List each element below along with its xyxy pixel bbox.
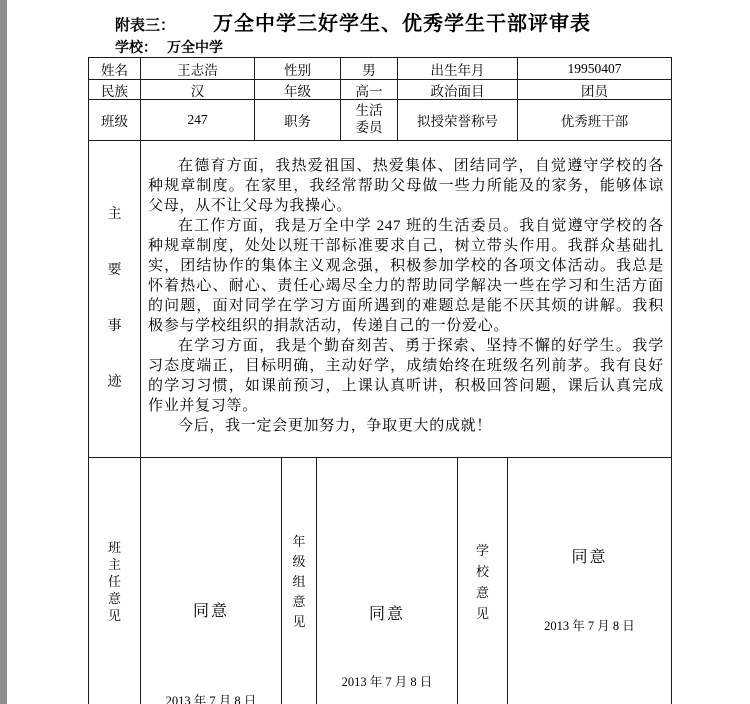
class-teacher-date: 2013 年 7 月 8 日 bbox=[141, 691, 281, 704]
school-opinion-cell: 同意 2013 年 7 月 8 日 bbox=[508, 458, 671, 704]
school-name-value: 万全中学 bbox=[167, 41, 223, 56]
grade-group-decision: 同意 bbox=[317, 601, 457, 624]
main-deeds-label-cell: 主要事迹 bbox=[89, 141, 141, 458]
school-opinion-label: 学校意见 bbox=[475, 540, 489, 624]
class-teacher-opinion-label-cell: 班主任意见 bbox=[89, 458, 141, 704]
ethnicity-value: 汉 bbox=[141, 80, 255, 100]
position-value: 生活委员 bbox=[341, 100, 398, 141]
review-form-table: 姓名 王志浩 性别 男 出生年月 19950407 民族 汉 年级 高一 政治面… bbox=[88, 57, 672, 704]
grade-group-opinion-cell: 同意 2013 年 7 月 8 日 bbox=[317, 458, 458, 704]
opinions-section: 班主任意见 同意 2013 年 7 月 8 日 年级组意见 同意 2013 年 … bbox=[89, 458, 671, 704]
position-value-text: 生活委员 bbox=[353, 103, 385, 137]
grade-group-opinion-label-cell: 年级组意见 bbox=[282, 458, 317, 704]
birthdate-value: 19950407 bbox=[518, 58, 671, 80]
page-title: 万全中学三好学生、优秀学生干部评审表 bbox=[213, 13, 591, 35]
school-opinion-label-cell: 学校意见 bbox=[458, 458, 508, 704]
basic-info-grid: 姓名 王志浩 性别 男 出生年月 19950407 民族 汉 年级 高一 政治面… bbox=[89, 58, 671, 141]
school-label: 学校： bbox=[115, 41, 157, 56]
name-label: 姓名 bbox=[89, 58, 141, 80]
class-teacher-opinion-cell: 同意 2013 年 7 月 8 日 bbox=[141, 458, 282, 704]
document-header: 附表三：万全中学三好学生、优秀学生干部评审表 bbox=[115, 7, 591, 36]
deeds-paragraph-study: 在学习方面，我是个勤奋刻苦、勇于探索、坚持不懈的好学生。我学习态度端正，目标明确… bbox=[148, 336, 664, 416]
class-value: 247 bbox=[141, 100, 255, 141]
grade-label: 年级 bbox=[255, 80, 341, 100]
name-value: 王志浩 bbox=[141, 58, 255, 80]
main-deeds-text: 在德育方面，我热爱祖国、热爱集体、团结同学，自觉遵守学校的各种规章制度。在家里，… bbox=[141, 141, 671, 458]
class-teacher-decision: 同意 bbox=[141, 598, 281, 621]
class-teacher-opinion-label: 班主任意见 bbox=[107, 539, 121, 624]
political-status-value: 团员 bbox=[518, 80, 671, 100]
page-left-margin-strip bbox=[0, 0, 7, 704]
position-label: 职务 bbox=[255, 100, 341, 141]
birthdate-label: 出生年月 bbox=[398, 58, 518, 80]
political-status-label: 政治面目 bbox=[398, 80, 518, 100]
attachment-number-label: 附表三： bbox=[115, 18, 175, 34]
deeds-paragraph-closing: 今后，我一定会更加努力，争取更大的成就！ bbox=[148, 416, 664, 436]
grade-group-opinion-label: 年级组意见 bbox=[292, 532, 306, 632]
honor-title-label: 拟授荣誉称号 bbox=[398, 100, 518, 141]
main-deeds-section: 主要事迹 在德育方面，我热爱祖国、热爱集体、团结同学，自觉遵守学校的各种规章制度… bbox=[89, 141, 671, 458]
grade-value: 高一 bbox=[341, 80, 398, 100]
deeds-paragraph-moral: 在德育方面，我热爱祖国、热爱集体、团结同学，自觉遵守学校的各种规章制度。在家里，… bbox=[148, 156, 664, 216]
ethnicity-label: 民族 bbox=[89, 80, 141, 100]
grade-group-date: 2013 年 7 月 8 日 bbox=[317, 672, 457, 690]
main-deeds-label: 主要事迹 bbox=[107, 187, 122, 411]
gender-value: 男 bbox=[341, 58, 398, 80]
school-line: 学校：万全中学 bbox=[115, 37, 223, 57]
class-label: 班级 bbox=[89, 100, 141, 141]
school-decision: 同意 bbox=[508, 544, 671, 567]
honor-title-value: 优秀班干部 bbox=[518, 100, 671, 141]
gender-label: 性别 bbox=[255, 58, 341, 80]
school-date: 2013 年 7 月 8 日 bbox=[508, 616, 671, 634]
deeds-paragraph-work: 在工作方面，我是万全中学 247 班的生活委员。我自觉遵守学校的各种规章制度，处… bbox=[148, 216, 664, 336]
